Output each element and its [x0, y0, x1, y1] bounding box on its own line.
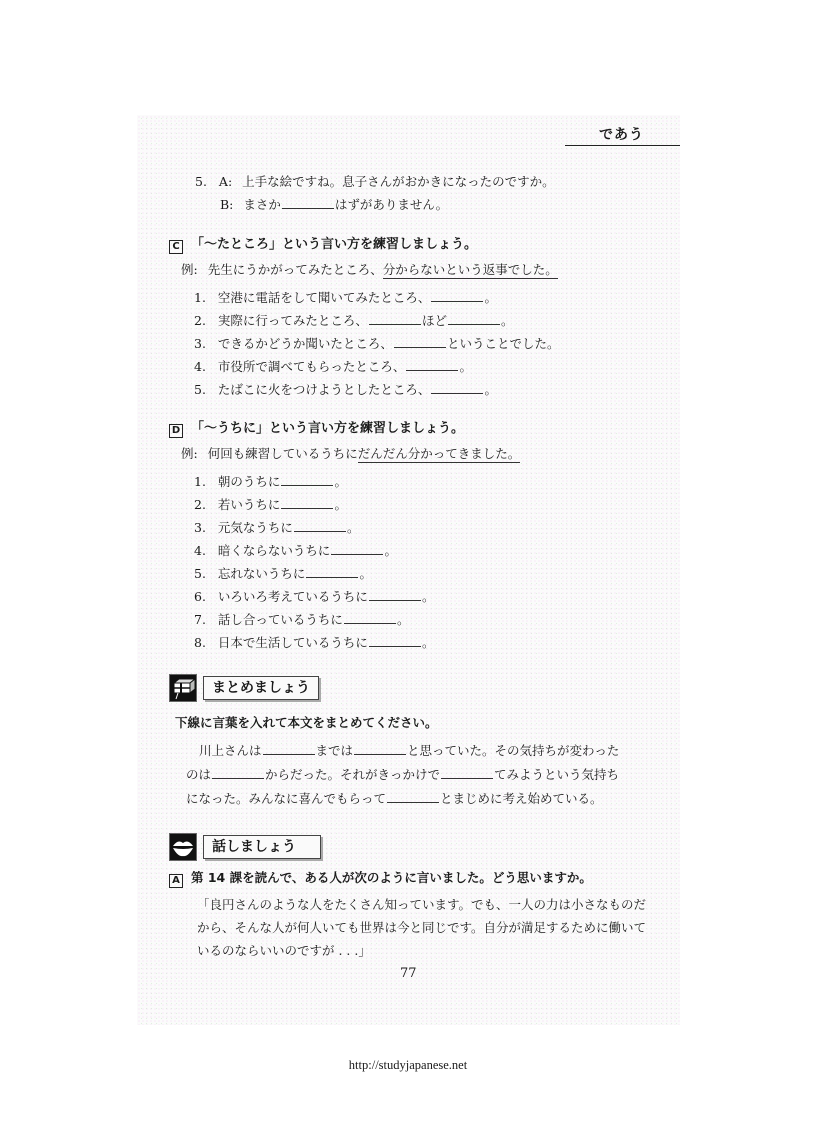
footer-url[interactable]: http://studyjapanese.net [0, 1058, 816, 1073]
summary-line-1: 川上さんはまではと思っていた。その気持ちが変わった [199, 741, 619, 759]
speaker-a-label: A: [219, 174, 232, 189]
example-text: 先生にうかがってみたところ、 [208, 262, 383, 277]
section-letter-a: A [169, 874, 183, 888]
item-suffix: 。 [384, 543, 397, 558]
summary-line-3: になった。みんなに喜んでもらってとまじめに考え始めている。 [186, 789, 603, 807]
item-text: 日本で生活しているうちに [218, 635, 368, 650]
item-suffix: 。 [484, 382, 497, 397]
item-suffix: 。 [484, 290, 497, 305]
item-number: 1. [194, 290, 206, 305]
item-suffix: 。 [347, 520, 360, 535]
answer-blank[interactable] [331, 542, 383, 555]
item-suffix: 。 [501, 313, 514, 328]
example-label: 例: [181, 262, 198, 277]
summary-text: と思っていた。その気持ちが変わった [407, 743, 619, 758]
item-text: 実際に行ってみたところ、 [218, 313, 368, 328]
chapter-header-title: であう [599, 124, 644, 144]
item-middle: ほど [422, 313, 447, 328]
section-d-heading: D「〜うちに」という言い方を練習しましょう。 [169, 417, 464, 438]
item-text: 市役所で調べてもらったところ、 [218, 359, 406, 374]
section-d-item-8: 8. 日本で生活しているうちに。 [194, 633, 434, 651]
item-suffix: 。 [334, 474, 347, 489]
section-c-example: 例: 先生にうかがってみたところ、分からないという返事でした。 [181, 260, 558, 278]
speaking-section-a-title: 第 14 課を読んで、ある人が次のように言いました。どう思いますか。 [191, 870, 592, 885]
section-d-title: 「〜うちに」という言い方を練習しましょう。 [191, 421, 464, 436]
answer-blank[interactable] [369, 312, 421, 325]
section-c-item-3: 3. できるかどうか聞いたところ、ということでした。 [194, 334, 559, 352]
answer-blank[interactable] [281, 473, 333, 486]
answer-blank[interactable] [441, 766, 493, 779]
section-d-item-2: 2. 若いうちに。 [194, 495, 347, 513]
gift-box-icon [169, 674, 197, 702]
item-suffix: 。 [459, 359, 472, 374]
speaker-b-before: まさか [243, 197, 281, 212]
section-c-item-2: 2. 実際に行ってみたところ、ほど。 [194, 311, 513, 329]
answer-blank[interactable] [369, 634, 421, 647]
quote-line-1: 「良円さんのような人をたくさん知っています。でも、一人の力は小さなものだ [197, 895, 646, 913]
item-text: 空港に電話をして聞いてみたところ、 [218, 290, 431, 305]
item-suffix: ということでした。 [447, 336, 560, 351]
speaking-title: 話しましょう [203, 835, 321, 859]
prev-item-b-line: B: まさかはずがありません。 [220, 195, 448, 213]
answer-blank[interactable] [394, 335, 446, 348]
item-number: 6. [194, 589, 206, 604]
summary-text: からだった。それがきっかけで [265, 767, 440, 782]
answer-blank[interactable] [354, 742, 406, 755]
item-text: 若いうちに [218, 497, 281, 512]
summary-text: 川上さんは [199, 743, 262, 758]
answer-blank[interactable] [431, 381, 483, 394]
answer-blank[interactable] [369, 588, 421, 601]
item-text: 元気なうちに [218, 520, 293, 535]
item-text: 朝のうちに [218, 474, 281, 489]
prev-item-a-line: 5. A: 上手な絵ですね。息子さんがおかきになったのですか。 [195, 172, 555, 190]
item-suffix: 。 [422, 635, 435, 650]
example-label: 例: [181, 446, 198, 461]
speaking-section-a-heading: A第 14 課を読んで、ある人が次のように言いました。どう思いますか。 [169, 868, 592, 888]
answer-blank[interactable] [406, 358, 458, 371]
item-suffix: 。 [397, 612, 410, 627]
speaker-b-label: B: [220, 197, 233, 212]
item-number: 2. [194, 313, 206, 328]
section-d-example: 例: 何回も練習しているうちにだんだん分かってきました。 [181, 444, 520, 462]
section-d-item-3: 3. 元気なうちに。 [194, 518, 359, 536]
section-d-item-5: 5. 忘れないうちに。 [194, 564, 372, 582]
section-d-item-6: 6. いろいろ考えているうちに。 [194, 587, 434, 605]
summary-text: てみようという気持ち [494, 767, 619, 782]
section-letter-c: C [169, 240, 183, 254]
summary-text: までは [316, 743, 354, 758]
example-text: 何回も練習しているうちに [208, 446, 358, 461]
lips-icon [169, 833, 197, 861]
summary-instruction: 下線に言葉を入れて本文をまとめてください。 [175, 713, 438, 731]
example-underlined-text: 分からないという返事でした。 [383, 262, 558, 279]
item-suffix: 。 [359, 566, 372, 581]
answer-blank[interactable] [431, 289, 483, 302]
answer-blank[interactable] [306, 565, 358, 578]
item-number: 7. [194, 612, 206, 627]
item-text: 暗くならないうちに [218, 543, 331, 558]
quote-line-3: いるのならいいのですが . . .」 [197, 941, 371, 959]
item-text: 話し合っているうちに [218, 612, 343, 627]
section-c-item-4: 4. 市役所で調べてもらったところ、。 [194, 357, 472, 375]
quote-line-2: から、そんな人が何人いても世界は今と同じです。自分が満足するために働いて [197, 918, 646, 936]
answer-blank[interactable] [294, 519, 346, 532]
answer-blank[interactable] [263, 742, 315, 755]
item-number: 1. [194, 474, 206, 489]
section-c-title: 「〜たところ」という言い方を練習しましょう。 [191, 237, 477, 252]
page-number: 77 [400, 966, 417, 981]
item-number: 2. [194, 497, 206, 512]
textbook-page: であう 5. A: 上手な絵ですね。息子さんがおかきになったのですか。 B: ま… [137, 115, 680, 1025]
item-suffix: 。 [422, 589, 435, 604]
answer-blank[interactable] [282, 196, 334, 209]
speaker-a-text: 上手な絵ですね。息子さんがおかきになったのですか。 [242, 174, 555, 189]
section-c-item-1: 1. 空港に電話をして聞いてみたところ、。 [194, 288, 497, 306]
section-c-item-5: 5. たばこに火をつけようとしたところ、。 [194, 380, 497, 398]
item-number: 3. [194, 520, 206, 535]
header-rule [565, 145, 680, 146]
answer-blank[interactable] [212, 766, 264, 779]
item-number: 5. [194, 566, 206, 581]
item-suffix: 。 [334, 497, 347, 512]
answer-blank[interactable] [281, 496, 333, 509]
answer-blank[interactable] [387, 790, 439, 803]
section-d-item-4: 4. 暗くならないうちに。 [194, 541, 397, 559]
item-text: 忘れないうちに [218, 566, 306, 581]
summary-text: になった。みんなに喜んでもらって [186, 791, 386, 806]
item-text: たばこに火をつけようとしたところ、 [218, 382, 431, 397]
summary-title: まとめましょう [203, 676, 319, 700]
section-c-heading: C「〜たところ」という言い方を練習しましょう。 [169, 233, 477, 254]
section-d-item-7: 7. 話し合っているうちに。 [194, 610, 409, 628]
answer-blank[interactable] [344, 611, 396, 624]
section-d-item-1: 1. 朝のうちに。 [194, 472, 347, 490]
item-number: 4. [194, 359, 206, 374]
item-number: 3. [194, 336, 206, 351]
summary-text: のは [186, 767, 211, 782]
item-text: できるかどうか聞いたところ、 [218, 336, 393, 351]
item-text: いろいろ考えているうちに [218, 589, 368, 604]
section-letter-d: D [169, 424, 183, 438]
example-underlined-text: だんだん分かってきました。 [358, 446, 521, 463]
item-number: 8. [194, 635, 206, 650]
item-number: 4. [194, 543, 206, 558]
answer-blank[interactable] [448, 312, 500, 325]
summary-text: とまじめに考え始めている。 [440, 791, 603, 806]
item-number: 5. [195, 174, 207, 189]
speaker-b-after: はずがありません。 [335, 197, 448, 212]
summary-line-2: のはからだった。それがきっかけでてみようという気持ち [186, 765, 619, 783]
item-number: 5. [194, 382, 206, 397]
